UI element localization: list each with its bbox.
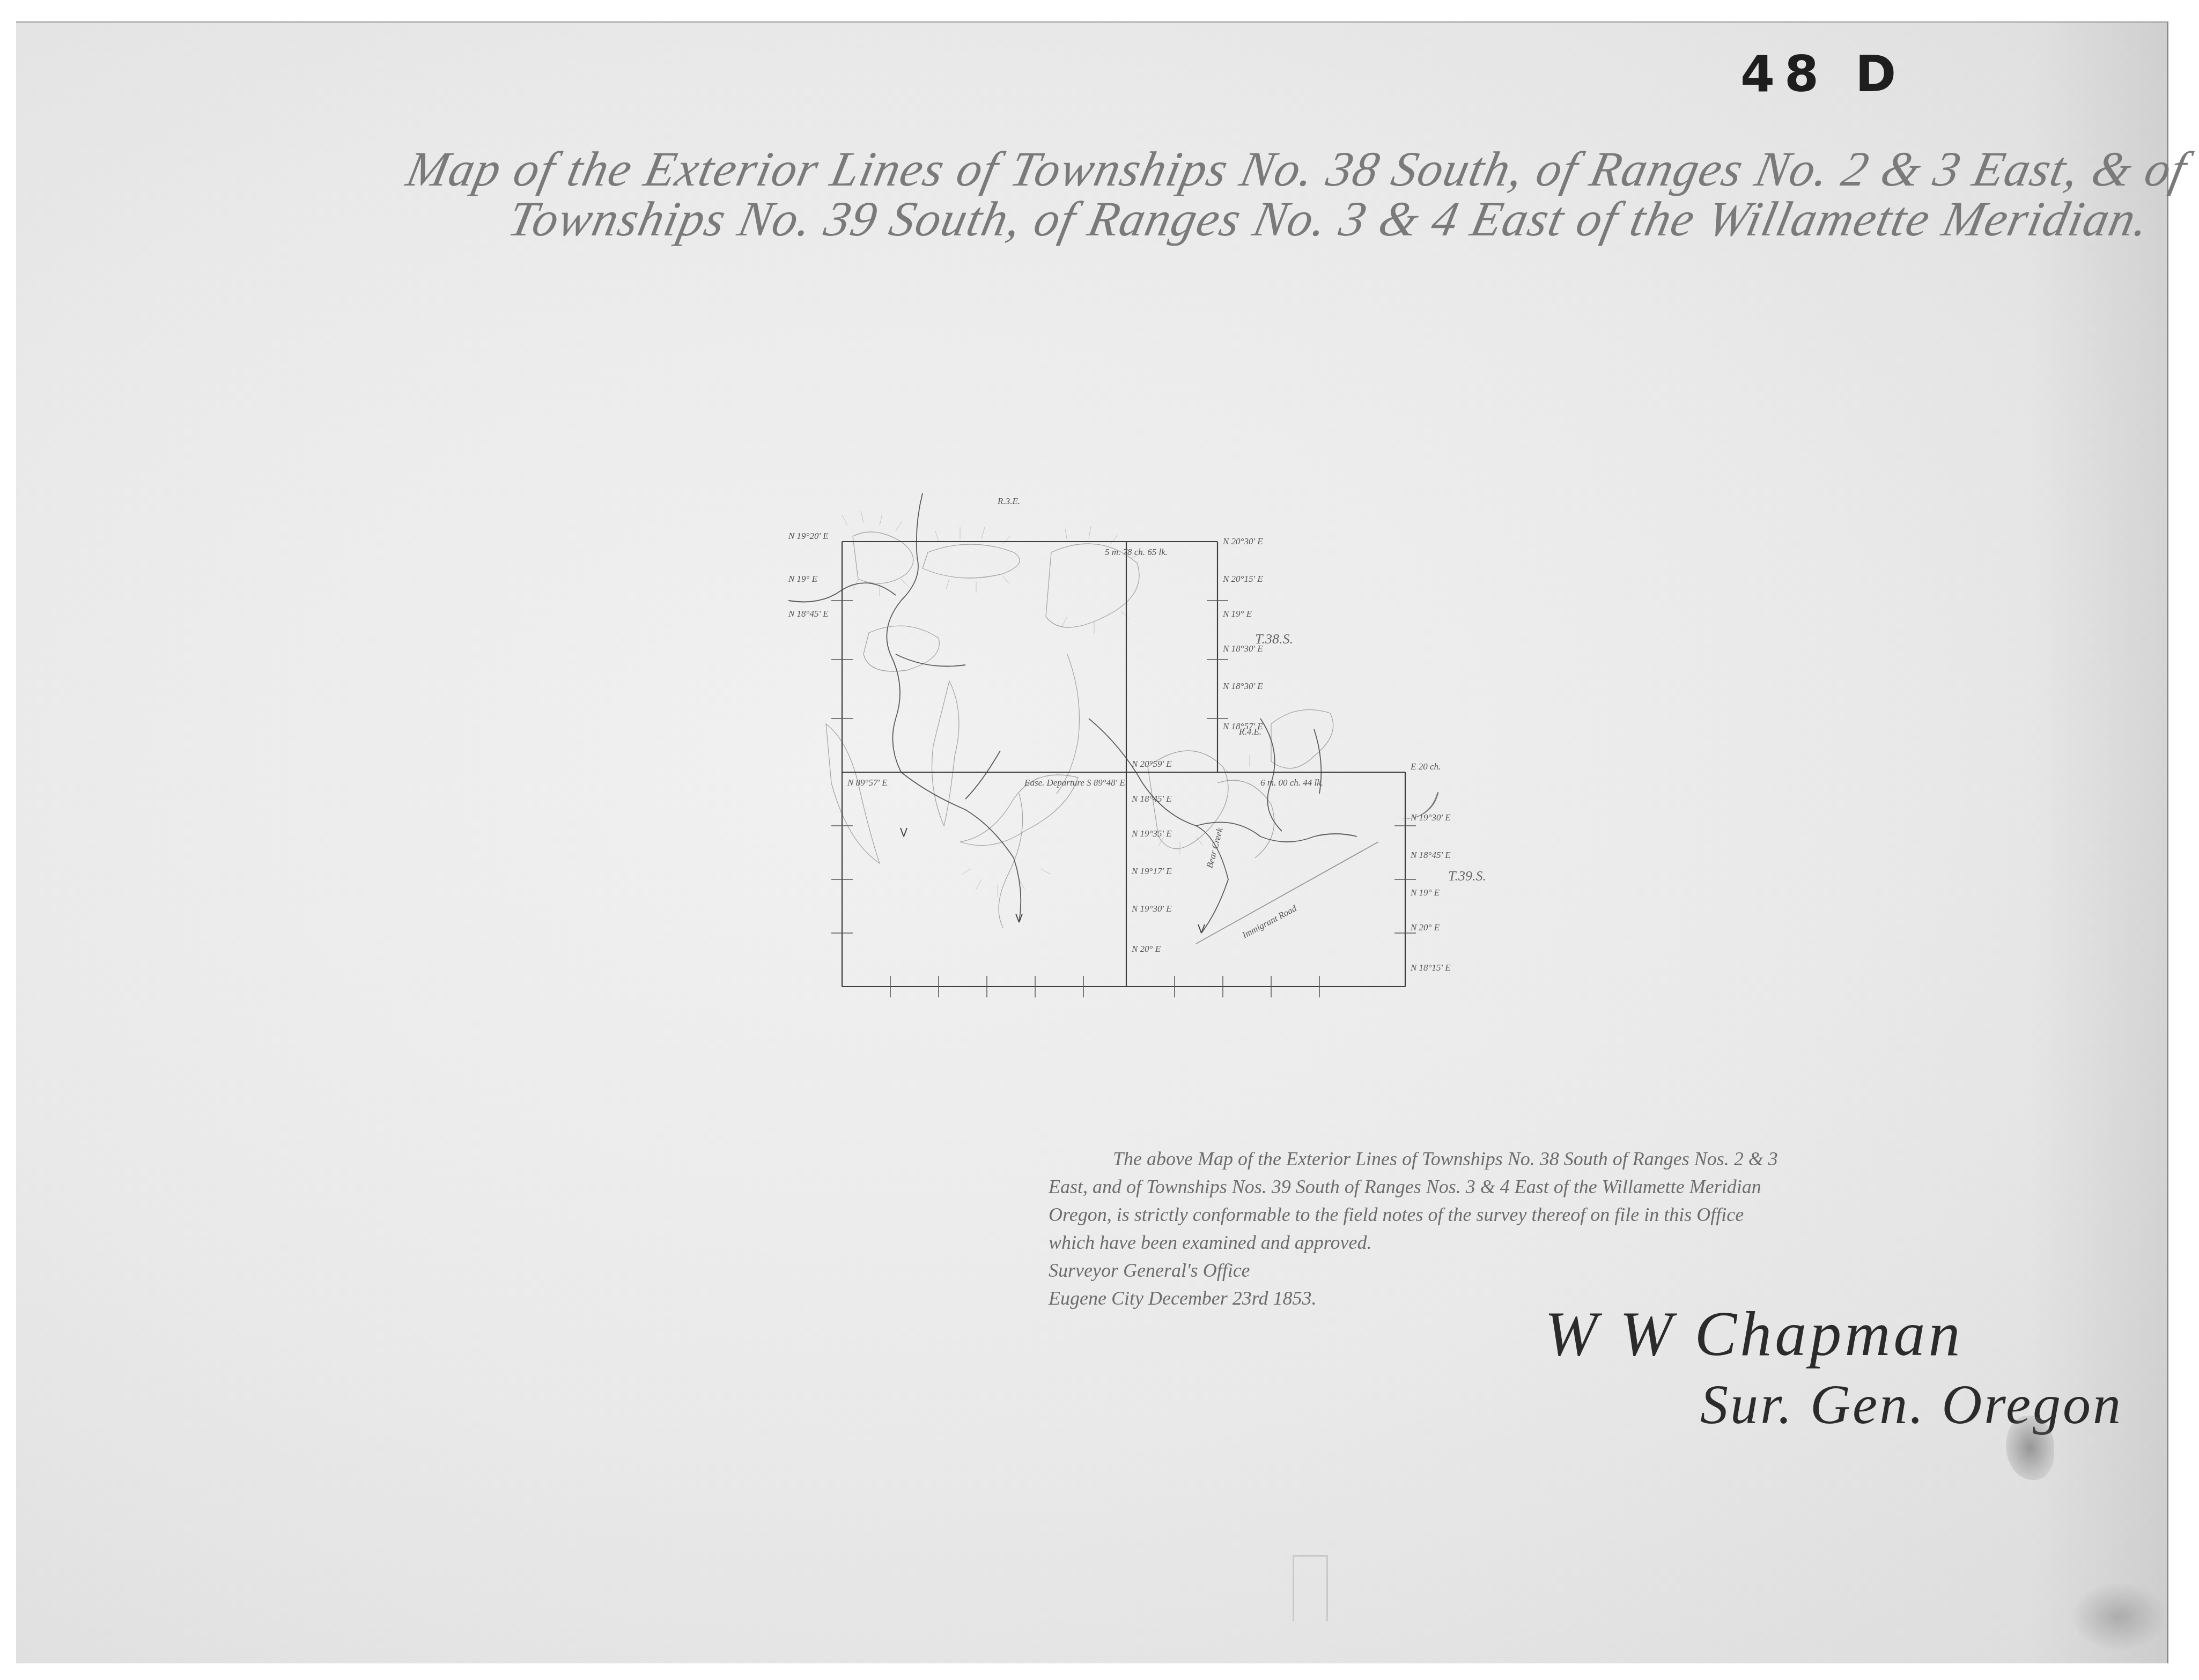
immigrant-road-label: Immigrant Road: [1240, 903, 1298, 941]
svg-text:N 20°15' E: N 20°15' E: [1222, 574, 1263, 584]
svg-text:N 18°45' E: N 18°45' E: [1410, 850, 1451, 860]
stream-arrows: [901, 828, 1205, 933]
svg-text:N 19°17' E: N 19°17' E: [1131, 866, 1172, 876]
west-line-t38-bearings: N 19°20' E N 19° E N 18°45' E: [788, 531, 829, 619]
cert-line-2: East, and of Townships Nos. 39 South of …: [1049, 1173, 2094, 1201]
corner-stain: [2070, 1582, 2167, 1652]
interior-t39-bearings: N 18°45' E N 19°35' E N 19°17' E N 19°30…: [1131, 794, 1172, 954]
svg-text:N 18°45' E: N 18°45' E: [788, 609, 829, 619]
signature-name: W W Chapman: [1545, 1298, 1964, 1371]
streams: [788, 493, 1357, 933]
corner-note: E 20 ch.: [1410, 761, 1441, 772]
township-plat: R.3.E. R.4.E. T.38.S. T.39.S. 5 m. 78 ch…: [788, 493, 1405, 987]
svg-text:N 18°30' E: N 18°30' E: [1222, 643, 1263, 654]
corner-mid-note: N 20°59' E: [1131, 759, 1172, 769]
township-label-t39s: T.39.S.: [1448, 868, 1486, 884]
boundary-note-south-west: N 89°57' E: [847, 778, 888, 788]
signature-office: Sur. Gen. Oregon: [1700, 1373, 2123, 1437]
faint-pencil-mark: [1293, 1555, 1328, 1621]
svg-text:N 19°20' E: N 19°20' E: [788, 531, 829, 541]
boundary-note-north-t39: 6 m. 00 ch. 44 lk.: [1260, 778, 1323, 788]
svg-text:N 20°30' E: N 20°30' E: [1222, 536, 1263, 546]
map-title-line-2: Townships No. 39 South, of Ranges No. 3 …: [504, 190, 2155, 247]
cert-line-4: which have been examined and approved.: [1049, 1228, 2094, 1256]
cert-line-1: The above Map of the Exterior Lines of T…: [1049, 1145, 2094, 1173]
cert-line-3: Oregon, is strictly conformable to the f…: [1049, 1201, 2094, 1228]
svg-text:N 18°15' E: N 18°15' E: [1410, 963, 1451, 973]
svg-text:N 18°30' E: N 18°30' E: [1222, 681, 1263, 691]
catalog-number: 48 D: [1740, 46, 1906, 103]
map-title-line-1: Map of the Exterior Lines of Townships N…: [402, 140, 2193, 197]
svg-text:N 19° E: N 19° E: [1410, 887, 1440, 898]
hachure-strokes: [842, 511, 1250, 897]
boundary-note-north-t38: 5 m. 78 ch. 65 lk.: [1105, 547, 1168, 557]
bear-creek-label: Bear Creek: [1205, 826, 1225, 869]
certification-block: The above Map of the Exterior Lines of T…: [1049, 1145, 2094, 1312]
svg-text:N 19° E: N 19° E: [788, 574, 818, 584]
svg-text:N 19° E: N 19° E: [1222, 609, 1252, 619]
svg-text:N 20° E: N 20° E: [1410, 922, 1440, 932]
svg-text:N 19°30' E: N 19°30' E: [1131, 904, 1172, 914]
range-label-r3e: R.3.E.: [997, 496, 1020, 506]
boundary-note-south-mid: Ease. Departure S 89°48' E: [1024, 778, 1125, 788]
svg-text:N 19°35' E: N 19°35' E: [1131, 828, 1172, 839]
cert-line-5: Surveyor General's Office: [1049, 1256, 2094, 1284]
svg-text:N 20° E: N 20° E: [1131, 944, 1161, 954]
svg-text:N 18°57' E: N 18°57' E: [1222, 721, 1263, 731]
svg-text:N 18°45' E: N 18°45' E: [1131, 794, 1172, 804]
plat-drawing: R.3.E. R.4.E. T.38.S. T.39.S. 5 m. 78 ch…: [788, 493, 1405, 987]
mile-ticks: [831, 601, 1416, 997]
